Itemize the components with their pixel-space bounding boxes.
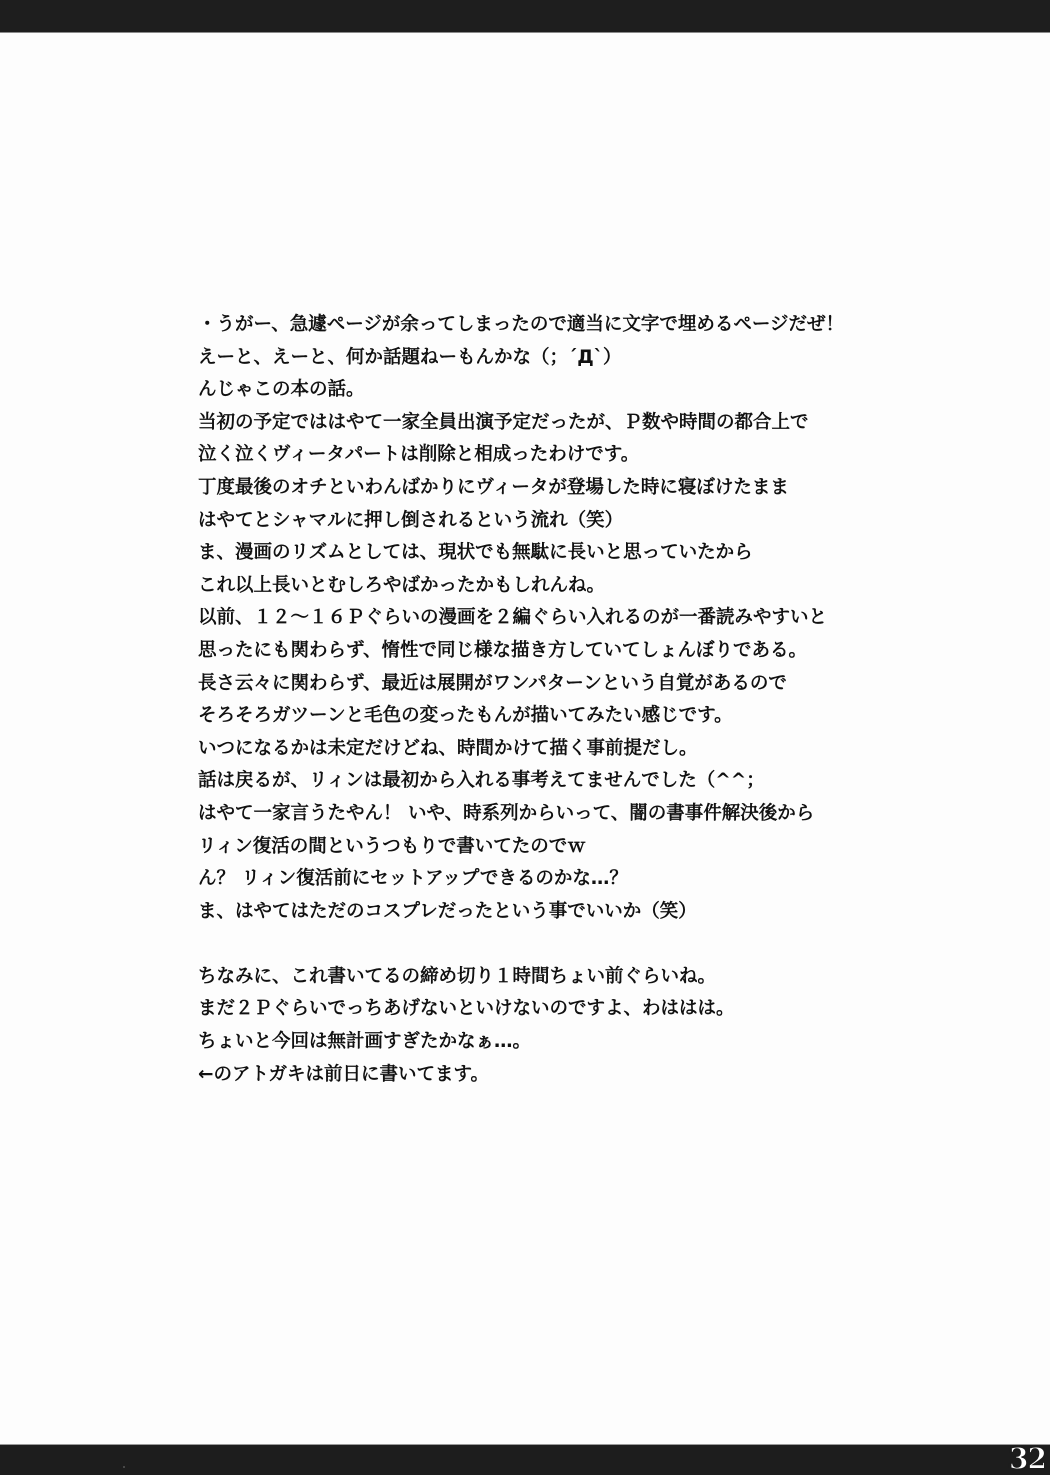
scan-speck [123,1466,125,1468]
text-line: まだ２Ｐぐらいでっちあげないといけないのですよ、わははは。 [198,993,898,1026]
text-line: 以前、１２～１６Ｐぐらいの漫画を２編ぐらい入れるのが一番読みやすいと [198,602,898,635]
text-line: ま、漫画のリズムとしては、現状でも無駄に長いと思っていたから [198,537,898,570]
text-line: はやてとシャマルに押し倒されるという流れ（笑） [198,505,898,538]
text-line: 思ったにも関わらず、惰性で同じ様な描き方していてしょんぼりである。 [198,635,898,668]
text-line: ←のアトガキは前日に書いてます。 [198,1059,898,1092]
text-line: 当初の予定でははやて一家全員出演予定だったが、Ｐ数や時間の都合上で [198,407,898,440]
text-line: そろそろガツーンと毛色の変ったもんが描いてみたい感じです。 [198,700,898,733]
text-line: これ以上長いとむしろやばかったかもしれんね。 [198,570,898,603]
text-line: 話は戻るが、リィンは最初から入れる事考えてませんでした（^^； [198,765,898,798]
top-scan-border [0,0,1050,33]
text-line: ちなみに、これ書いてるの締め切り１時間ちょい前ぐらいね。 [198,961,898,994]
text-line: ま、はやてはただのコスプレだったという事でいいか（笑） [198,896,898,929]
text-line: はやて一家言うたやん！ いや、時系列からいって、闇の書事件解決後から [198,798,898,831]
text-line: ちょいと今回は無計画すぎたかなぁ…。 [198,1026,898,1059]
bottom-scan-border [0,1444,1050,1475]
text-line: ん？ リィン復活前にセットアップできるのかな…？ [198,863,898,896]
paragraph-gap [198,928,898,961]
text-line: 丁度最後のオチといわんばかりにヴィータが登場した時に寝ぼけたまま [198,472,898,505]
text-line: えーと、えーと、何か話題ねーもんかな（；´Д`） [198,342,898,375]
text-line: リィン復活の間というつもりで書いてたのでｗ [198,831,898,864]
text-line: んじゃこの本の話。 [198,374,898,407]
text-line: 長さ云々に関わらず、最近は展開がワンパターンという自覚があるので [198,668,898,701]
text-line: ・うがー、急遽ページが余ってしまったので適当に文字で埋めるページだぜ！ [198,309,898,342]
text-line: 泣く泣くヴィータパートは削除と相成ったわけです。 [198,439,898,472]
afterword-text: ・うがー、急遽ページが余ってしまったので適当に文字で埋めるページだぜ！ えーと、… [198,309,898,1091]
page-number: 32 [1009,1442,1046,1475]
text-line: いつになるかは未定だけどね、時間かけて描く事前提だし。 [198,733,898,766]
